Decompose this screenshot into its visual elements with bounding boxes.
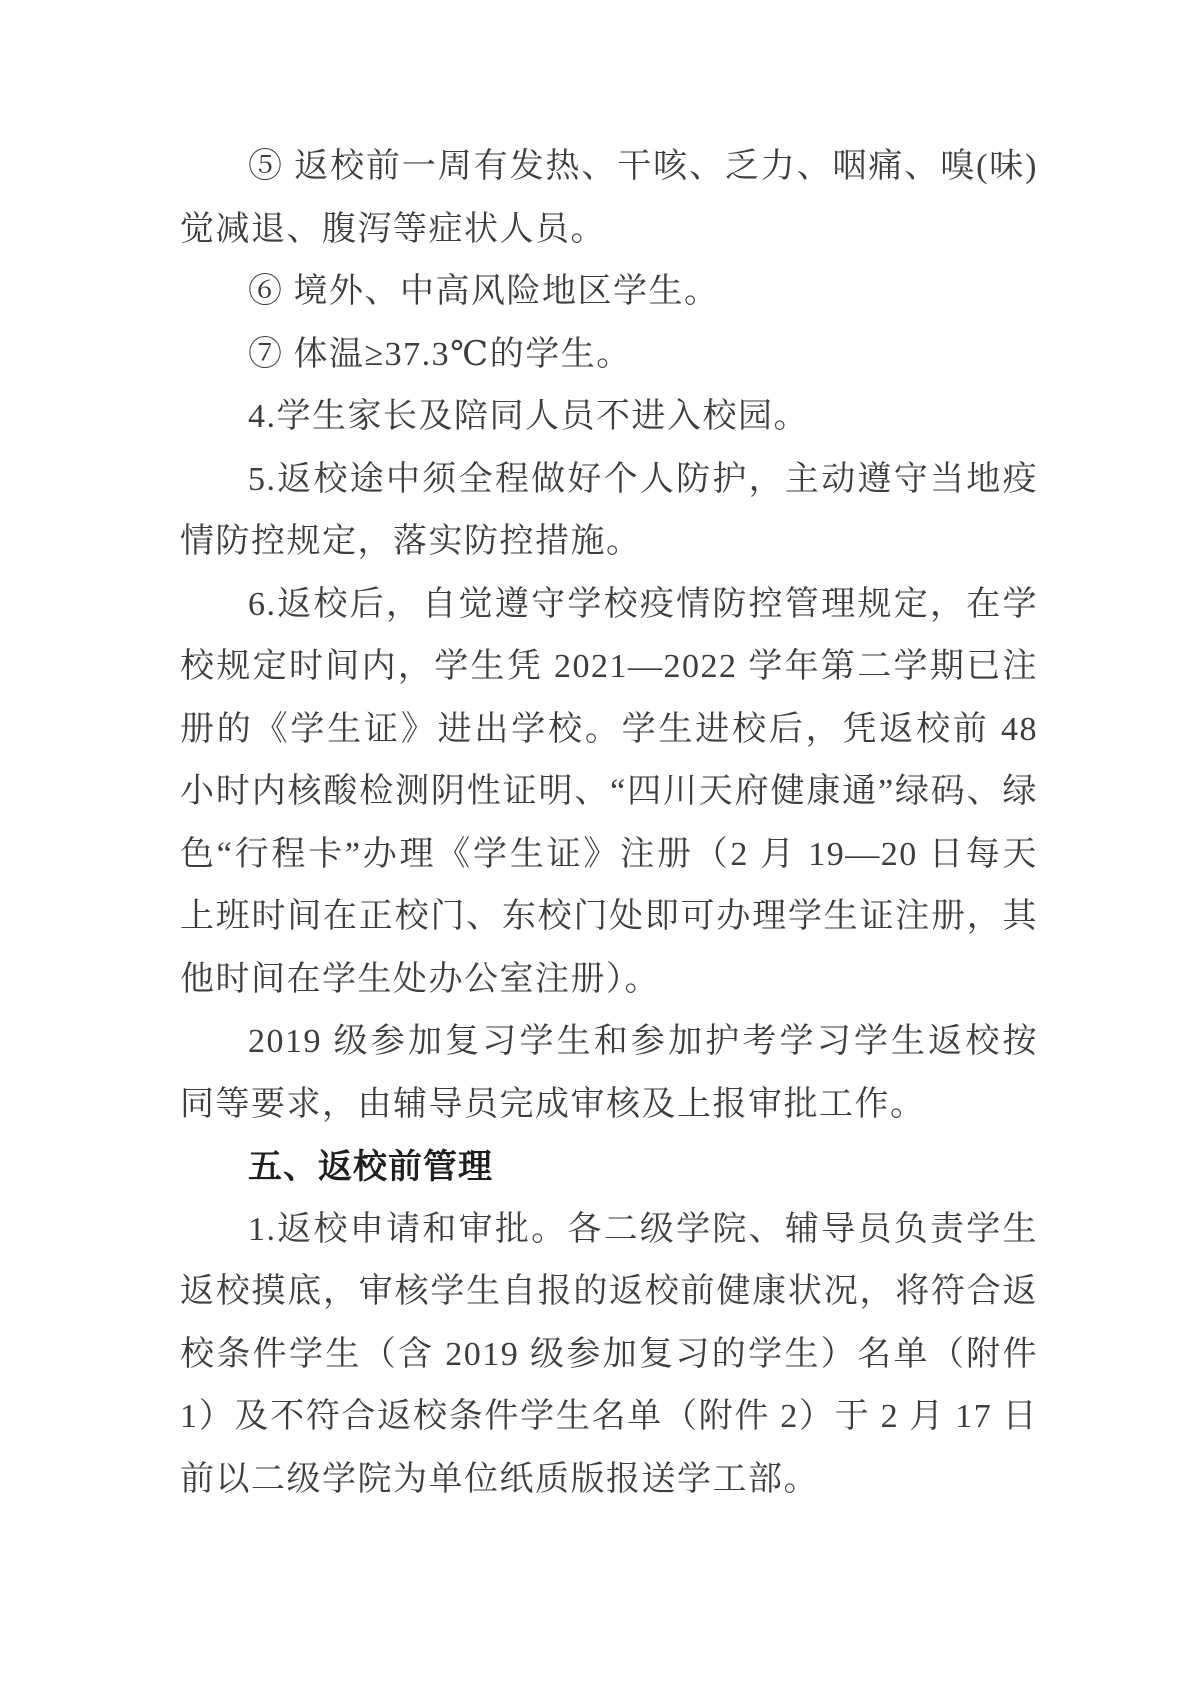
para-2019-students: 2019 级参加复习学生和参加护考学习学生返校按同等要求，由辅导员完成审核及上报… [180, 1011, 1038, 1136]
rule-5-travel-protection: 5.返校途中须全程做好个人防护，主动遵守当地疫情防控规定，落实防控措施。 [180, 449, 1038, 574]
document-text-block: ⑤ 返校前一周有发热、干咳、乏力、咽痛、嗅(味)觉减退、腹泻等症状人员。⑥ 境外… [180, 136, 1038, 1511]
document-page: ⑤ 返校前一周有发热、干咳、乏力、咽痛、嗅(味)觉减退、腹泻等症状人员。⑥ 境外… [0, 0, 1200, 1697]
item-6-risk-areas: ⑥ 境外、中高风险地区学生。 [180, 261, 1038, 324]
section-5-heading: 五、返校前管理 [180, 1136, 1038, 1199]
rule-6-registration: 6.返校后，自觉遵守学校疫情防控管理规定，在学校规定时间内，学生凭 2021—2… [180, 574, 1038, 1012]
rule-1-application-approval: 1.返校申请和审批。各二级学院、辅导员负责学生返校摸底，审核学生自报的返校前健康… [180, 1199, 1038, 1512]
rule-4-parents: 4.学生家长及陪同人员不进入校园。 [180, 386, 1038, 449]
item-5-symptoms: ⑤ 返校前一周有发热、干咳、乏力、咽痛、嗅(味)觉减退、腹泻等症状人员。 [180, 136, 1038, 261]
item-7-temperature: ⑦ 体温≥37.3℃的学生。 [180, 324, 1038, 387]
